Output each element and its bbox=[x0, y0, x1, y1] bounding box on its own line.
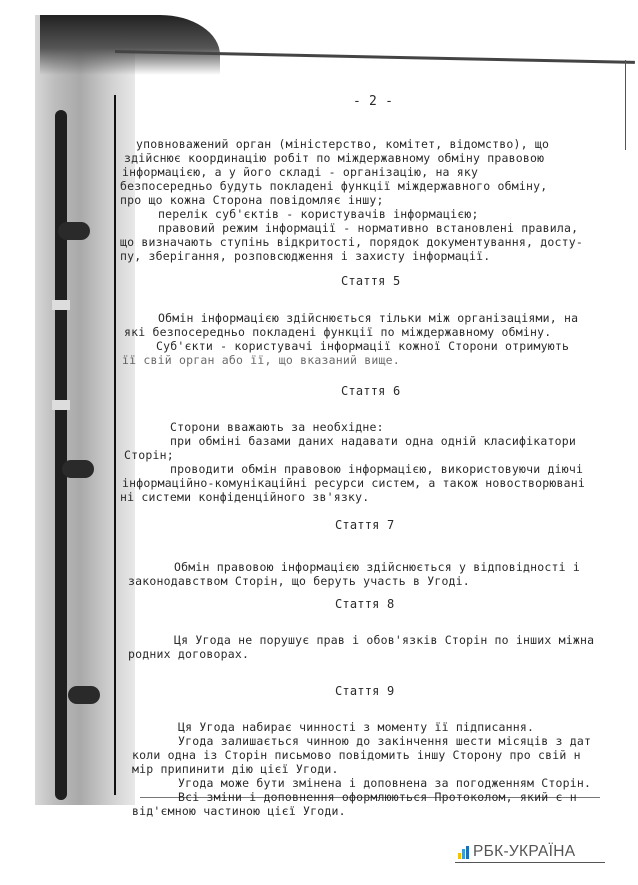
document-page: - 2 - уповноважений орган (міністерство,… bbox=[118, 0, 638, 885]
text-line: інформацією, а у його складі - організац… bbox=[122, 165, 478, 179]
text-line: Угода може бути змінена і доповнена за п… bbox=[178, 776, 591, 790]
text-line: Суб'єкти - користувачі інформації кожної… bbox=[156, 339, 569, 353]
article-6-heading: Стаття 6 bbox=[341, 384, 400, 398]
text-line: які безпосередньо покладені функції по м… bbox=[124, 325, 551, 339]
text-line: здійснює координацію робіт по міждержавн… bbox=[124, 151, 544, 165]
binder-clip bbox=[58, 222, 90, 240]
text-line: при обміні базами даних надавати одна од… bbox=[170, 434, 576, 448]
watermark-underline bbox=[455, 862, 605, 863]
text-line: Всі зміни і доповнення оформлюються Прот… bbox=[178, 790, 577, 804]
watermark-text: РБК-УКРАЇНА bbox=[473, 843, 575, 861]
text-line: пу, зберігання, розповсюдження і захисту… bbox=[120, 249, 490, 263]
watermark: РБК-УКРАЇНА bbox=[458, 843, 575, 861]
text-line: Обмін правовою інформацією здійснюється … bbox=[174, 560, 580, 574]
article-8-heading: Стаття 8 bbox=[335, 597, 394, 611]
text-line: мір припинити дію цієї Угоди. bbox=[132, 762, 339, 776]
text-line: інформаційно-комунікаційні ресурси систе… bbox=[122, 476, 585, 490]
text-line: Обмін інформацією здійснюється тільки мі… bbox=[158, 311, 578, 325]
article-5-heading: Стаття 5 bbox=[341, 274, 400, 288]
text-line: уповноважений орган (міністерство, коміт… bbox=[136, 137, 549, 151]
binder-rod-band bbox=[52, 400, 70, 410]
text-line: безпосередньо будуть покладені функції м… bbox=[120, 179, 547, 193]
text-line: ні системи конфіденційного зв'язку. bbox=[120, 490, 369, 504]
text-line: Сторони вважають за необхідне: bbox=[170, 420, 384, 434]
text-line: перелік суб'єктів - користувачів інформа… bbox=[158, 207, 479, 221]
article-9-heading: Стаття 9 bbox=[335, 684, 394, 698]
page-number: - 2 - bbox=[353, 95, 393, 109]
text-line: проводити обмін правовою інформацією, ви… bbox=[170, 462, 583, 476]
rbc-logo-icon bbox=[458, 846, 469, 859]
text-line: від'ємною частиною цієї Угоди. bbox=[132, 804, 346, 818]
text-line: коли одна із Сторін письмово повідомить … bbox=[132, 748, 581, 762]
binder-rod-band bbox=[52, 300, 70, 310]
page-left-edge bbox=[114, 95, 116, 795]
text-line: законодавством Сторін, що беруть участь … bbox=[128, 574, 470, 588]
article-7-heading: Стаття 7 bbox=[335, 518, 394, 532]
binder-rod bbox=[55, 110, 67, 800]
text-line: що визначають ступінь відкритості, поряд… bbox=[120, 235, 583, 249]
binder-clip bbox=[68, 686, 100, 704]
text-line: правовий режим інформації - нормативно в… bbox=[158, 221, 578, 235]
text-line: родних договорах. bbox=[128, 647, 249, 661]
text-line: Ця Угода набирає чинності з моменту її п… bbox=[178, 720, 534, 734]
binder-clip bbox=[62, 460, 94, 478]
text-line: Угода залишається чинною до закінчення ш… bbox=[178, 734, 591, 748]
text-line: про що кожна Сторона повідомляє іншу; bbox=[120, 193, 384, 207]
text-line: Ця Угода не порушує прав і обов'язків Ст… bbox=[174, 633, 594, 647]
text-line: її свій орган або її, що вказаний вище. bbox=[122, 353, 400, 367]
text-line: Сторін; bbox=[124, 448, 174, 462]
